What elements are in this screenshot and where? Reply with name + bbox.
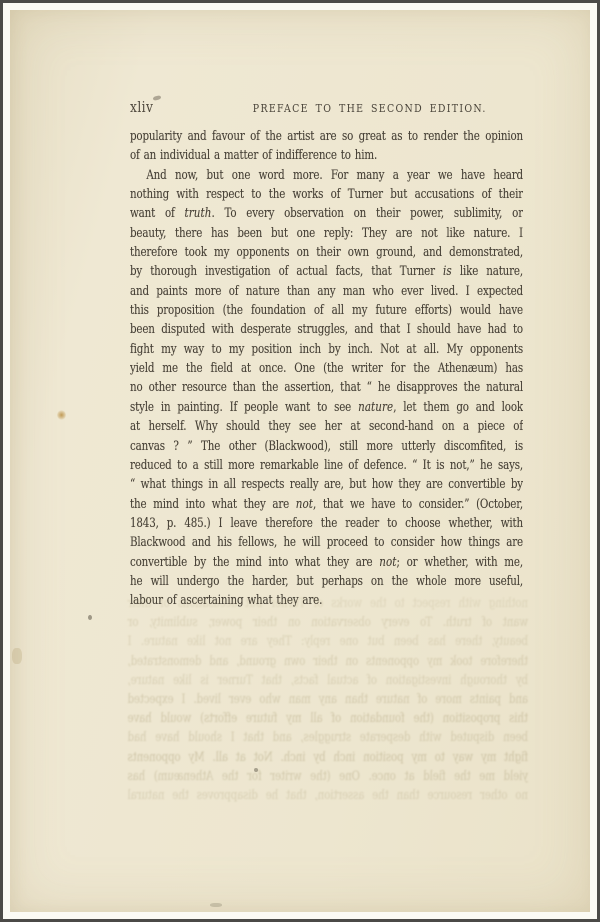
text-line: by thorough investigation of actual fact… — [130, 261, 523, 280]
bleedthrough-line: this proposition (the foundation of all … — [128, 708, 528, 727]
running-title: PREFACE TO THE SECOND EDITION. — [253, 101, 487, 115]
ink-speck — [254, 768, 258, 772]
bleedthrough-line: been disputed with desperate struggles, … — [128, 727, 528, 746]
text-line: want of truth. To every observation on t… — [130, 203, 523, 222]
edge-stain — [12, 648, 22, 664]
text-line: and paints more of nature than any man w… — [130, 281, 523, 300]
text-line: nothing with respect to the works of Tur… — [130, 184, 523, 203]
text-line: convertible by the mind into what they a… — [130, 552, 523, 571]
scanned-book-page: xliv PREFACE TO THE SECOND EDITION. popu… — [0, 0, 600, 922]
bleedthrough-line: beauty, there has been but one reply: Th… — [128, 631, 528, 650]
text-line: no other resource than the assertion, th… — [130, 377, 523, 396]
text-line: the mind into what they are not, that we… — [130, 494, 523, 513]
text-line: 1843, p. 485.) I leave therefore the rea… — [130, 513, 523, 532]
ink-speck — [88, 615, 92, 620]
text-line: fight my way to my position inch by inch… — [130, 339, 523, 358]
bleedthrough-line: no other resource than the assertion, th… — [128, 785, 528, 804]
bleedthrough-line: fight my way to my position inch by inch… — [128, 747, 528, 766]
text-line: of an individual a matter of indifferenc… — [130, 145, 523, 164]
text-line: therefore took my opponents on their own… — [130, 242, 523, 261]
text-line: at herself. Why should they see her at s… — [130, 416, 523, 435]
text-line: he will undergo the harder, but perhaps … — [130, 571, 523, 590]
book-page: xliv PREFACE TO THE SECOND EDITION. popu… — [10, 10, 590, 912]
text-line: Blackwood and his fellows, he will proce… — [130, 532, 523, 551]
text-line: this proposition (the foundation of all … — [130, 300, 523, 319]
body-text: popularity and favour of the artist are … — [130, 126, 523, 610]
page-header: xliv PREFACE TO THE SECOND EDITION. — [130, 96, 523, 118]
text-line: style in painting. If people want to see… — [130, 397, 523, 416]
bleedthrough-text: nothing with respect to the works of Tur… — [128, 593, 528, 804]
page-number: xliv — [130, 98, 153, 116]
text-line: yield me the field at once. One (the wri… — [130, 358, 523, 377]
text-line: popularity and favour of the artist are … — [130, 126, 523, 145]
text-line: “ what things in all respects really are… — [130, 474, 523, 493]
text-line: reduced to a still more remarkable line … — [130, 455, 523, 474]
text-line: beauty, there has been but one reply: Th… — [130, 223, 523, 242]
text-line: And now, but one word more. For many a y… — [130, 165, 523, 184]
bleedthrough-line: want of truth. To every observation on t… — [128, 612, 528, 631]
text-line: been disputed with desperate struggles, … — [130, 319, 523, 338]
foxing-stain — [57, 410, 66, 420]
bleedthrough-line: therefore took my opponents on their own… — [128, 651, 528, 670]
text-line: canvas ? ” The other (Blackwood), still … — [130, 436, 523, 455]
bleedthrough-line: by thorough investigation of actual fact… — [128, 670, 528, 689]
edge-smudge — [210, 903, 222, 907]
bleedthrough-line: and paints more of nature than any man w… — [128, 689, 528, 708]
text-line: labour of ascertaining what they are. — [130, 590, 523, 609]
bleedthrough-line: yield me the field at once. One (the wri… — [128, 766, 528, 785]
